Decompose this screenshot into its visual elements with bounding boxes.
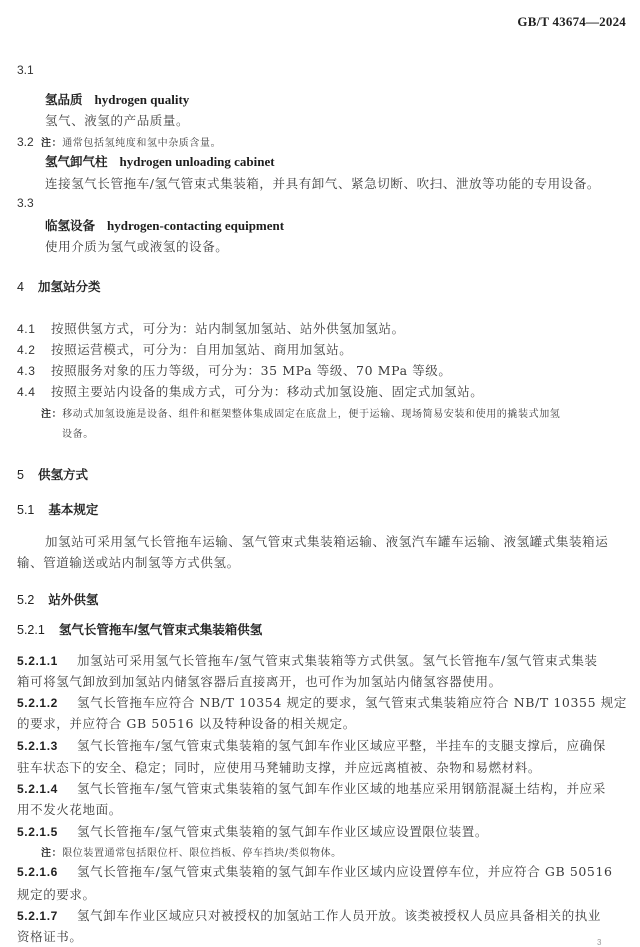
clause: 5.2.1.7氢气卸车作业区域应只对被授权的加氢站工作人员开放。该类被授权人员应… [17, 906, 601, 924]
term-cn: 氢品质 [45, 92, 83, 107]
note-label: 注： [41, 409, 62, 420]
clause: 5.2.1.3氢气长管拖车/氢气管束式集装箱的氢气卸车作业区域应平整，半挂车的支… [17, 736, 606, 754]
clause: 5.2.1.1加氢站可采用氢气长管拖车/氢气管束式集装箱等方式供氢。氢气长管拖车… [17, 651, 598, 669]
term-heading: 氢气卸气柱hydrogen unloading cabinet [45, 152, 275, 170]
clause-cont: 箱可将氢气卸放到加氢站内储氢容器后直接离开，也可作为加氢站内储氢容器使用。 [17, 672, 502, 690]
page-number: 3 [597, 938, 601, 947]
term-heading: 氢品质hydrogen quality [45, 90, 189, 108]
note-text: 移动式加氢设施是设备、组件和框架整体集成固定在底盘上，便于运输、现场简易安装和使… [62, 409, 560, 420]
section-title: 供氢方式 [38, 468, 88, 482]
term-number: 3.3 [17, 196, 34, 210]
clause-cont: 用不发火花地面。 [17, 800, 122, 818]
term-definition: 氢气、液氢的产品质量。 [45, 111, 189, 129]
clause-cont: 的要求，并应符合 GB 50516 以及特种设备的相关规定。 [17, 714, 356, 732]
clause-note: 注：限位装置通常包括限位杆、限位挡板、停车挡块/类似物体。 [41, 844, 342, 859]
clause: 5.2.1.4氢气长管拖车/氢气管束式集装箱的氢气卸车作业区域的地基应采用钢筋混… [17, 779, 606, 797]
list-item: 4.4按照主要站内设备的集成方式，可分为：移动式加氢设施、固定式加氢站。 [17, 382, 483, 400]
note-label: 注： [41, 848, 62, 859]
note-text: 限位装置通常包括限位杆、限位挡板、停车挡块/类似物体。 [62, 848, 342, 859]
list-item: 4.1按照供氢方式，可分为：站内制氢加氢站、站外供氢加氢站。 [17, 319, 405, 337]
term-cn: 临氢设备 [45, 218, 95, 233]
clause: 5.2.1.2氢气长管拖车应符合 NB/T 10354 规定的要求，氢气管束式集… [17, 693, 627, 711]
section-title: 加氢站分类 [38, 280, 101, 294]
subsection-heading: 5.1基本规定 [17, 500, 98, 518]
list-item: 4.2按照运营模式，可分为：自用加氢站、商用加氢站。 [17, 340, 352, 358]
subsection-heading: 5.2.1氢气长管拖车/氢气管束式集装箱供氢 [17, 620, 262, 638]
term-heading: 临氢设备hydrogen-contacting equipment [45, 216, 284, 234]
term-note: 注：通常包括氢纯度和氢中杂质含量。 [41, 134, 221, 149]
paragraph-line: 加氢站可采用氢气长管拖车运输、氢气管束式集装箱运输、液氢汽车罐车运输、液氢罐式集… [45, 532, 608, 550]
clause: 5.2.1.6氢气长管拖车/氢气管束式集装箱的氢气卸车作业区域内应设置停车位，并… [17, 862, 613, 880]
term-number: 3.2 [17, 135, 34, 149]
term-cn: 氢气卸气柱 [45, 154, 108, 169]
note-text: 通常包括氢纯度和氢中杂质含量。 [62, 138, 221, 149]
section-heading: 5供氢方式 [17, 465, 88, 483]
section-heading: 4加氢站分类 [17, 277, 100, 295]
clause: 5.2.1.5氢气长管拖车/氢气管束式集装箱的氢气卸车作业区域应设置限位装置。 [17, 822, 488, 840]
note-label: 注： [41, 138, 62, 149]
term-en: hydrogen unloading cabinet [120, 154, 275, 169]
section-note-cont: 设备。 [62, 425, 94, 440]
standard-code: GB/T 43674—2024 [517, 14, 626, 30]
section-number: 5 [17, 468, 24, 482]
subsection-heading: 5.2站外供氢 [17, 590, 98, 608]
paragraph-line: 输、管道输送或站内制氢等方式供氢。 [17, 553, 240, 571]
clause-cont: 规定的要求。 [17, 885, 96, 903]
clause-cont: 驻车状态下的安全、稳定；同时，应使用马凳辅助支撑，并应远离植被、杂物和易燃材料。 [17, 758, 541, 776]
term-definition: 使用介质为氢气或液氢的设备。 [45, 237, 228, 255]
term-definition: 连接氢气长管拖车/氢气管束式集装箱，并具有卸气、紧急切断、吹扫、泄放等功能的专用… [45, 174, 600, 192]
term-en: hydrogen-contacting equipment [107, 218, 284, 233]
section-number: 4 [17, 280, 24, 294]
term-number: 3.1 [17, 63, 34, 77]
term-en: hydrogen quality [95, 92, 190, 107]
clause-cont: 资格证书。 [17, 927, 83, 945]
list-item: 4.3按照服务对象的压力等级，可分为：35 MPa 等级、70 MPa 等级。 [17, 361, 452, 379]
section-note: 注：移动式加氢设施是设备、组件和框架整体集成固定在底盘上，便于运输、现场简易安装… [41, 405, 560, 420]
